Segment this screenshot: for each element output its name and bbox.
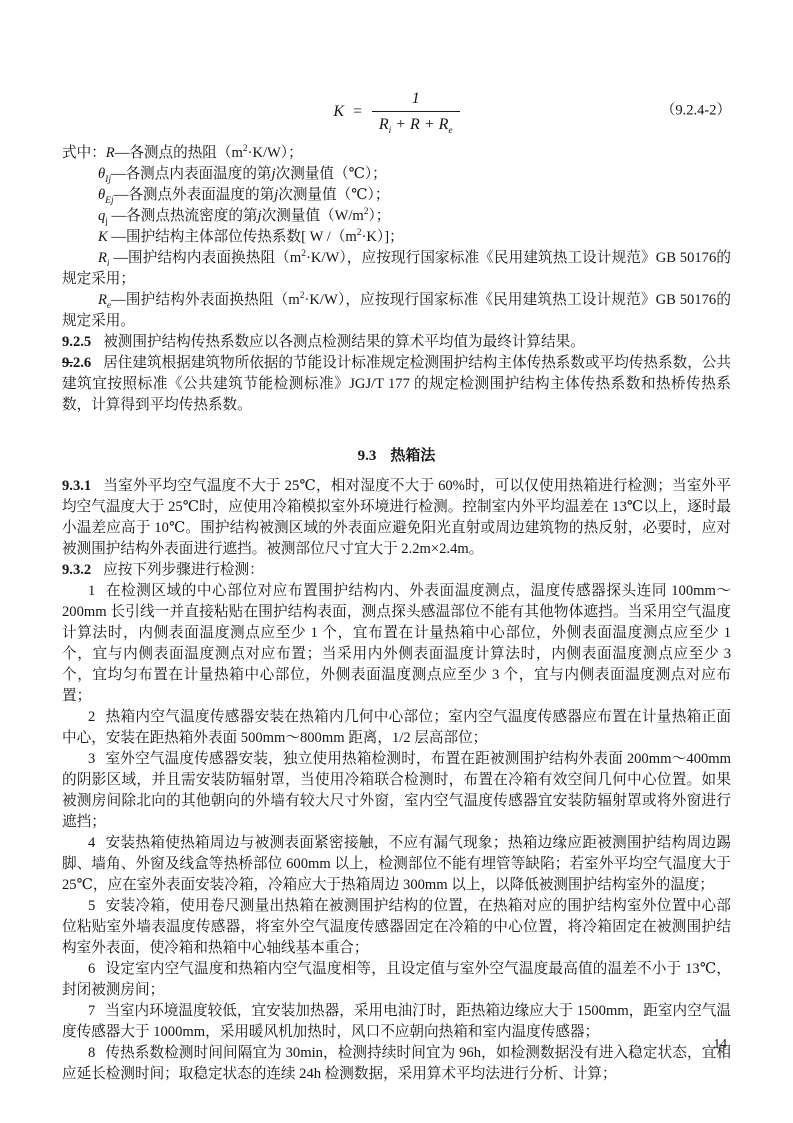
clause-9-3-1-text: 当室外平均空气温度不大于 25℃，相对湿度不大于 60%时，可以仅使用热箱进行检… <box>62 478 731 557</box>
clause-9-2-5: 9.2.5被测围护结构传热系数应以各测点检测结果的算术平均值为最终计算结果。 <box>62 332 731 353</box>
step-8-text: 传热系数检测时间间隔宜为 30min，检测持续时间宜为 96h，如检测数据没有进… <box>62 1045 731 1082</box>
step-item-7: 7当室内环境温度较低，宜安装加热器，采用电油汀时，距热箱边缘应大于 1500mm… <box>62 1001 731 1043</box>
fraction-numerator: 1 <box>372 88 460 111</box>
step-8-number: 8 <box>88 1045 95 1061</box>
step-4-number: 4 <box>88 835 95 851</box>
clause-9-3-2: 9.3.2应按下列步骤进行检测： <box>62 560 731 581</box>
step-3-number: 3 <box>88 751 95 767</box>
definition-re: Re—围护结构外表面换热阻（m2·K/W），应按现行国家标准《民用建筑热工设计规… <box>62 290 731 332</box>
definition-ri: Ri —围护结构内表面换热阻（m2·K/W），应按现行国家标准《民用建筑热工设计… <box>62 248 731 290</box>
step-2-text: 热箱内空气温度传感器安装在热箱内几何中心部位；室内空气温度传感器应布置在计量热箱… <box>62 709 731 746</box>
step-5-text: 安装冷箱，使用卷尺测量出热箱在被测围护结构的位置，在热箱对应的围护结构室外位置中… <box>62 898 731 956</box>
step-item-5: 5安装冷箱，使用卷尺测量出热箱在被测围护结构的位置，在热箱对应的围护结构室外位置… <box>62 896 731 959</box>
section-title: 热箱法 <box>390 448 435 464</box>
step-item-2: 2热箱内空气温度传感器安装在热箱内几何中心部位；室内空气温度传感器应布置在计量热… <box>62 707 731 749</box>
definition-k: K —围护结构主体部位传热系数[ W /（m2·K）]； <box>62 227 731 248</box>
equation-fraction: 1 Ri + R + Re <box>372 88 460 135</box>
fraction-denominator: Ri + R + Re <box>372 111 460 135</box>
clause-9-2-6-number: 9.2.6 <box>62 355 91 371</box>
step-item-4: 4安装热箱使热箱周边与被测表面紧密接触，不应有漏气现象；热箱边缘应距被测围护结构… <box>62 833 731 896</box>
definition-intro-line: 式中：R—各测点的热阻（m2·K/W）； <box>62 143 731 164</box>
step-7-text: 当室内环境温度较低，宜安装加热器，采用电油汀时，距热箱边缘应大于 1500mm，… <box>62 1003 731 1040</box>
step-2-number: 2 <box>88 709 95 725</box>
clause-9-3-1: 9.3.1当室外平均空气温度不大于 25℃，相对湿度不大于 60%时，可以仅使用… <box>62 476 731 560</box>
step-item-3: 3室外空气温度传感器安装，独立使用热箱检测时，布置在距被测围护结构外表面 200… <box>62 749 731 833</box>
page-number: 14 <box>714 1036 728 1052</box>
step-1-text: 在检测区域的中心部位对应布置围护结构内、外表面温度测点，温度传感器探头连同 10… <box>62 583 731 704</box>
clause-9-2-6: 9.2.6居住建筑根据建筑物所依据的节能设计标准规定检测围护结构主体传热系数或平… <box>62 353 731 416</box>
equation-number: （9.2.4-2） <box>661 101 731 122</box>
clause-9-3-2-number: 9.3.2 <box>62 562 91 578</box>
definition-theta-ij: θIj—各测点内表面温度的第j次测量值（℃）； <box>62 164 731 185</box>
page-content: K = 1 Ri + R + Re （9.2.4-2） 式中：R—各测点的热阻（… <box>62 0 731 1085</box>
clause-9-3-2-text: 应按下列步骤进行检测： <box>103 562 264 578</box>
step-4-text: 安装热箱使热箱周边与被测表面紧密接触，不应有漏气现象；热箱边缘应距被测围护结构周… <box>62 835 731 893</box>
equation-lhs: K = <box>333 101 364 122</box>
clause-9-3-1-number: 9.3.1 <box>62 478 91 494</box>
section-number: 9.3 <box>358 448 377 464</box>
step-3-text: 室外空气温度传感器安装，独立使用热箱检测时，布置在距被测围护结构外表面 200m… <box>62 751 731 830</box>
step-item-8: 8传热系数检测时间间隔宜为 30min，检测持续时间宜为 96h，如检测数据没有… <box>62 1043 731 1085</box>
section-heading-9-3: 9.3热箱法 <box>62 446 731 467</box>
step-item-1: 1在检测区域的中心部位对应布置围护结构内、外表面温度测点，温度传感器探头连同 1… <box>62 581 731 707</box>
clause-9-2-6-text: 居住建筑根据建筑物所依据的节能设计标准规定检测围护结构主体传热系数或平均传热系数… <box>62 355 731 413</box>
step-1-number: 1 <box>88 583 95 599</box>
step-6-text: 设定室内空气温度和热箱内空气温度相等，且设定值与室外空气温度最高值的温差不小于 … <box>62 961 731 998</box>
step-5-number: 5 <box>88 898 95 914</box>
clause-9-2-5-number: 9.2.5 <box>62 334 91 350</box>
step-item-6: 6设定室内空气温度和热箱内空气温度相等，且设定值与室外空气温度最高值的温差不小于… <box>62 959 731 1001</box>
step-6-number: 6 <box>88 961 95 977</box>
document-page: K = 1 Ri + R + Re （9.2.4-2） 式中：R—各测点的热阻（… <box>0 0 793 1123</box>
equation-formula: K = 1 Ri + R + Re <box>333 88 459 135</box>
clause-9-2-5-text: 被测围护结构传热系数应以各测点检测结果的算术平均值为最终计算结果。 <box>103 334 585 350</box>
step-7-number: 7 <box>88 1003 95 1019</box>
definition-qj: qj —各测点热流密度的第j次测量值（W/m2）； <box>62 206 731 227</box>
equation-block: K = 1 Ri + R + Re （9.2.4-2） <box>62 84 731 138</box>
definition-theta-ej: θEj—各测点外表面温度的第j次测量值（℃）； <box>62 185 731 206</box>
